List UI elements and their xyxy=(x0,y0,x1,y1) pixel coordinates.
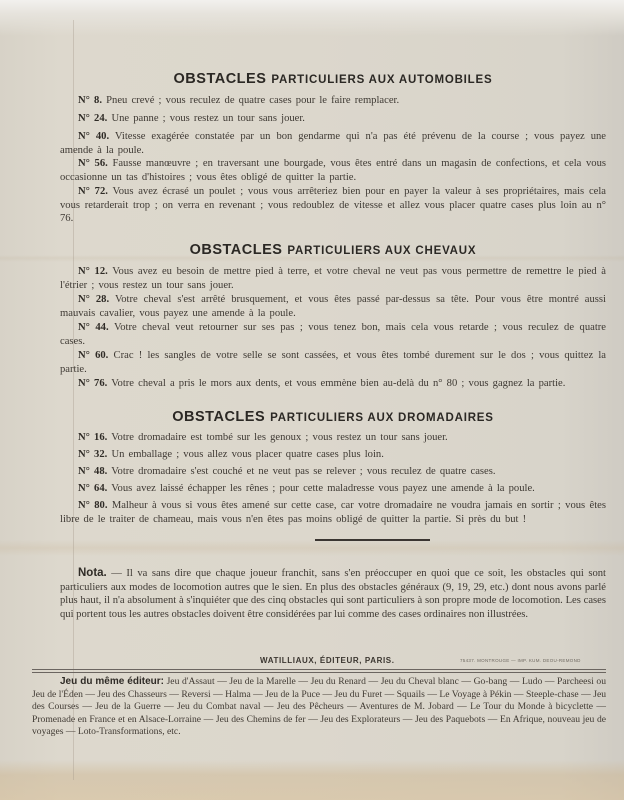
obstacle-entry: N° 32. Un emballage ; vous allez vous pl… xyxy=(60,448,606,462)
heading-dromadaires: OBSTACLES PARTICULIERS AUX DROMADAIRES xyxy=(60,408,606,426)
heading-sub: PARTICULIERS AUX DROMADAIRES xyxy=(270,412,494,424)
double-rule xyxy=(32,672,606,673)
publisher-catalog: Jeu du même éditeur: Jeu d'Assaut — Jeu … xyxy=(32,676,606,739)
obstacle-entry: N° 44. Votre cheval veut retourner sur s… xyxy=(60,321,606,348)
section-divider xyxy=(315,539,430,541)
heading-sub: PARTICULIERS AUX AUTOMOBILES xyxy=(271,74,492,86)
heading-sub: PARTICULIERS AUX CHEVAUX xyxy=(287,245,476,257)
obstacle-entry: N° 76. Votre cheval a pris le mors aux d… xyxy=(60,377,606,391)
obstacle-entry: N° 48. Votre dromadaire s'est couché et … xyxy=(60,465,606,479)
obstacle-entry: N° 56. Fausse manœuvre ; en traversant u… xyxy=(60,157,606,184)
scanned-page: OBSTACLES PARTICULIERS AUX AUTOMOBILES N… xyxy=(0,0,624,800)
obstacle-entry: N° 40. Vitesse exagérée constatée par un… xyxy=(60,130,606,157)
obstacle-entry: N° 72. Vous avez écrasé un poulet ; vous… xyxy=(60,185,606,226)
obstacle-entry: N° 8. Pneu crevé ; vous reculez de quatr… xyxy=(60,94,606,108)
publisher-line: WATILLIAUX, ÉDITEUR, PARIS. 75437. MONTR… xyxy=(60,656,606,670)
obstacle-entry: N° 12. Vous avez eu besoin de mettre pie… xyxy=(60,265,606,292)
heading-main: OBSTACLES xyxy=(190,242,283,258)
obstacle-entry: N° 28. Votre cheval s'est arrêté brusque… xyxy=(60,293,606,320)
printer-imprint: 75437. MONTROUGE — IMP. KUM. DEOU-REMOND xyxy=(460,658,581,663)
heading-automobiles: OBSTACLES PARTICULIERS AUX AUTOMOBILES xyxy=(60,70,606,88)
obstacle-entry: N° 16. Votre dromadaire est tombé sur le… xyxy=(60,431,606,445)
obstacle-entry: N° 80. Malheur à vous si vous êtes amené… xyxy=(60,499,606,526)
heading-main: OBSTACLES xyxy=(174,71,267,87)
nota-paragraph: Nota. — Il va sans dire que chaque joueu… xyxy=(60,567,606,621)
obstacle-entry: N° 24. Une panne ; vous restez un tour s… xyxy=(60,112,606,126)
double-rule xyxy=(32,669,606,670)
obstacle-entry: N° 64. Vous avez laissé échapper les rên… xyxy=(60,482,606,496)
heading-main: OBSTACLES xyxy=(172,409,265,425)
publisher-name: WATILLIAUX, ÉDITEUR, PARIS. xyxy=(260,656,395,665)
nota-label: Nota. xyxy=(78,567,107,579)
catalog-label: Jeu du même éditeur: xyxy=(60,676,164,687)
nota-text: — Il va sans dire que chaque joueur fran… xyxy=(60,568,606,620)
obstacle-entry: N° 60. Crac ! les sangles de votre selle… xyxy=(60,349,606,376)
heading-chevaux: OBSTACLES PARTICULIERS AUX CHEVAUX xyxy=(60,241,606,259)
